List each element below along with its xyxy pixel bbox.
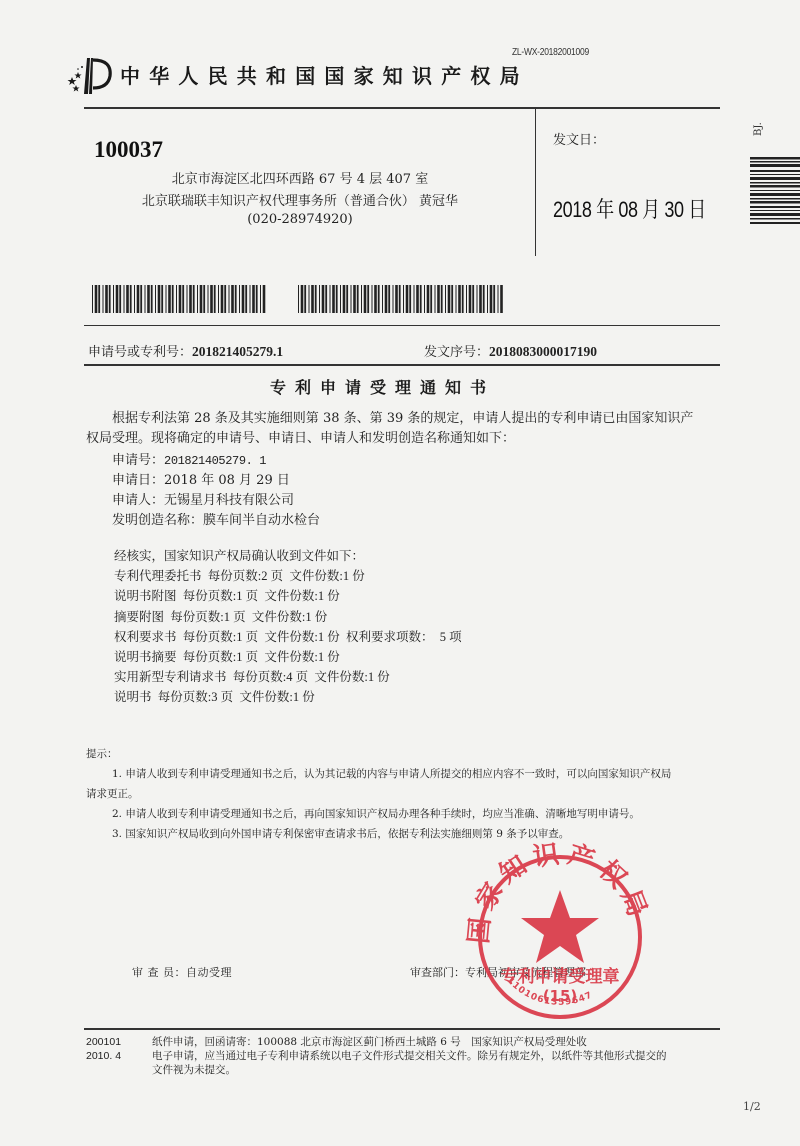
field-label: 申请人： bbox=[112, 493, 164, 508]
page-number: 1/2 bbox=[743, 1100, 761, 1113]
field-value: 2018 年 08 月 29 日 bbox=[164, 473, 290, 488]
field-value: 无锡星月科技有限公司 bbox=[164, 493, 294, 508]
issue-date: 2018 年 08 月 30 日 bbox=[553, 193, 706, 224]
tips-section: 提示： 1. 申请人收到专利申请受理通知书之后，认为其记载的内容与申请人所提交的… bbox=[86, 744, 726, 844]
tip-item-continuation: 请求更正。 bbox=[86, 784, 726, 804]
recipient-postcode: 100037 bbox=[94, 137, 163, 163]
footer-text: 纸件申请，回函请寄：100088 北京市海淀区蓟门桥西土城路 6 号 国家知识产… bbox=[152, 1036, 587, 1048]
cnipa-logo-icon bbox=[64, 48, 124, 98]
seal-star-icon bbox=[521, 890, 599, 963]
side-barcode bbox=[750, 157, 800, 225]
file-item: 实用新型专利请求书 每份页数:4 页 文件份数:1 份 bbox=[114, 667, 462, 687]
document-title: 专利申请受理通知书 bbox=[270, 375, 495, 398]
reference-bottom-divider bbox=[84, 364, 720, 366]
recipient-firm: 北京联瑞联丰知识产权代理事务所（普通合伙） 黄冠华 bbox=[100, 190, 500, 209]
agency-name: 中华人民共和国国家知识产权局 bbox=[120, 60, 529, 89]
tips-heading: 提示： bbox=[86, 744, 726, 764]
tip-item: 1. 申请人收到专利申请受理通知书之后，认为其记载的内容与申请人所提交的相应内容… bbox=[86, 764, 726, 784]
tip-item: 2. 申请人收到专利申请受理通知书之后，再向国家知识产权局办理各种手续时，均应当… bbox=[86, 804, 726, 824]
footer-line: 2010. 4电子申请，应当通过电子专利申请系统以电子文件形式提交相关文件。除另… bbox=[86, 1049, 667, 1063]
footer-line: 文件视为未提交。 bbox=[86, 1063, 236, 1077]
file-item: 说明书 每份页数:3 页 文件份数:1 份 bbox=[114, 687, 462, 707]
recipient-phone: (020-28974920) bbox=[100, 212, 500, 227]
footer-text: 电子申请，应当通过电子专利申请系统以电子文件形式提交相关文件。除另有规定外，以纸… bbox=[152, 1050, 667, 1062]
footer-code: 2010. 4 bbox=[86, 1049, 152, 1063]
file-item: 说明书附图 每份页数:1 页 文件份数:1 份 bbox=[114, 586, 462, 606]
barcode-right bbox=[298, 285, 504, 313]
recipient-address: 北京市海淀区北四环西路 67 号 4 层 407 室 bbox=[100, 168, 500, 187]
file-item: 专利代理委托书 每份页数:2 页 文件份数:1 份 bbox=[114, 566, 462, 586]
reviewer: 审 查 员：自动受理 bbox=[132, 964, 232, 980]
issue-serial-number: 2018083000017190 bbox=[489, 344, 597, 359]
application-number: 201821405279.1 bbox=[192, 344, 283, 359]
field-applicant: 申请人：无锡星月科技有限公司 bbox=[112, 489, 294, 508]
file-item: 摘要附图 每份页数:1 页 文件份数:1 份 bbox=[114, 607, 462, 627]
footer-divider bbox=[84, 1028, 720, 1030]
field-value: 膜车间半自动水检台 bbox=[203, 513, 320, 528]
field-label: 申请日： bbox=[112, 473, 164, 488]
issue-serial-label: 发文序号： bbox=[424, 345, 489, 360]
document-serial: ZL-WX-20182001009 bbox=[512, 47, 589, 58]
footer-line: 200101纸件申请，回函请寄：100088 北京市海淀区蓟门桥西土城路 6 号… bbox=[86, 1035, 587, 1049]
field-application-number: 申请号：201821405279. 1 bbox=[112, 449, 266, 468]
side-code: BJ. bbox=[753, 122, 764, 136]
header-divider bbox=[84, 107, 720, 109]
field-application-date: 申请日：2018 年 08 月 29 日 bbox=[112, 469, 290, 488]
file-item: 说明书摘要 每份页数:1 页 文件份数:1 份 bbox=[114, 647, 462, 667]
file-list: 专利代理委托书 每份页数:2 页 文件份数:1 份说明书附图 每份页数:1 页 … bbox=[114, 566, 462, 707]
application-number-row: 申请号或专利号：201821405279.1 bbox=[88, 341, 283, 360]
field-label: 申请号： bbox=[112, 453, 164, 468]
header-column-divider bbox=[535, 108, 536, 256]
reference-top-divider bbox=[84, 325, 720, 326]
files-intro: 经核实，国家知识产权局确认收到文件如下： bbox=[114, 546, 462, 566]
issue-date-label: 发文日： bbox=[553, 129, 605, 148]
received-files: 经核实，国家知识产权局确认收到文件如下： 专利代理委托书 每份页数:2 页 文件… bbox=[114, 546, 462, 708]
application-number-label: 申请号或专利号： bbox=[88, 345, 192, 360]
field-label: 发明创造名称： bbox=[112, 513, 203, 528]
intro-paragraph: 根据专利法第 28 条及其实施细则第 38 条、第 39 条的规定，申请人提出的… bbox=[86, 409, 696, 448]
barcode-left bbox=[92, 285, 267, 313]
field-value: 201821405279. 1 bbox=[164, 454, 266, 468]
footer-code: 200101 bbox=[86, 1035, 152, 1049]
footer-text: 文件视为未提交。 bbox=[152, 1064, 236, 1076]
issue-serial-row: 发文序号：2018083000017190 bbox=[424, 341, 597, 360]
field-invention-name: 发明创造名称：膜车间半自动水检台 bbox=[112, 509, 320, 528]
tip-item: 3. 国家知识产权局收到向外国申请专利保密审查请求书后，依据专利法实施细则第 9… bbox=[86, 824, 726, 844]
file-item: 权利要求书 每份页数:1 页 文件份数:1 份 权利要求项数： 5 项 bbox=[114, 627, 462, 647]
official-seal: 国家知识产权局 专利申请受理章 (15) 1101061359647 bbox=[450, 842, 670, 1022]
